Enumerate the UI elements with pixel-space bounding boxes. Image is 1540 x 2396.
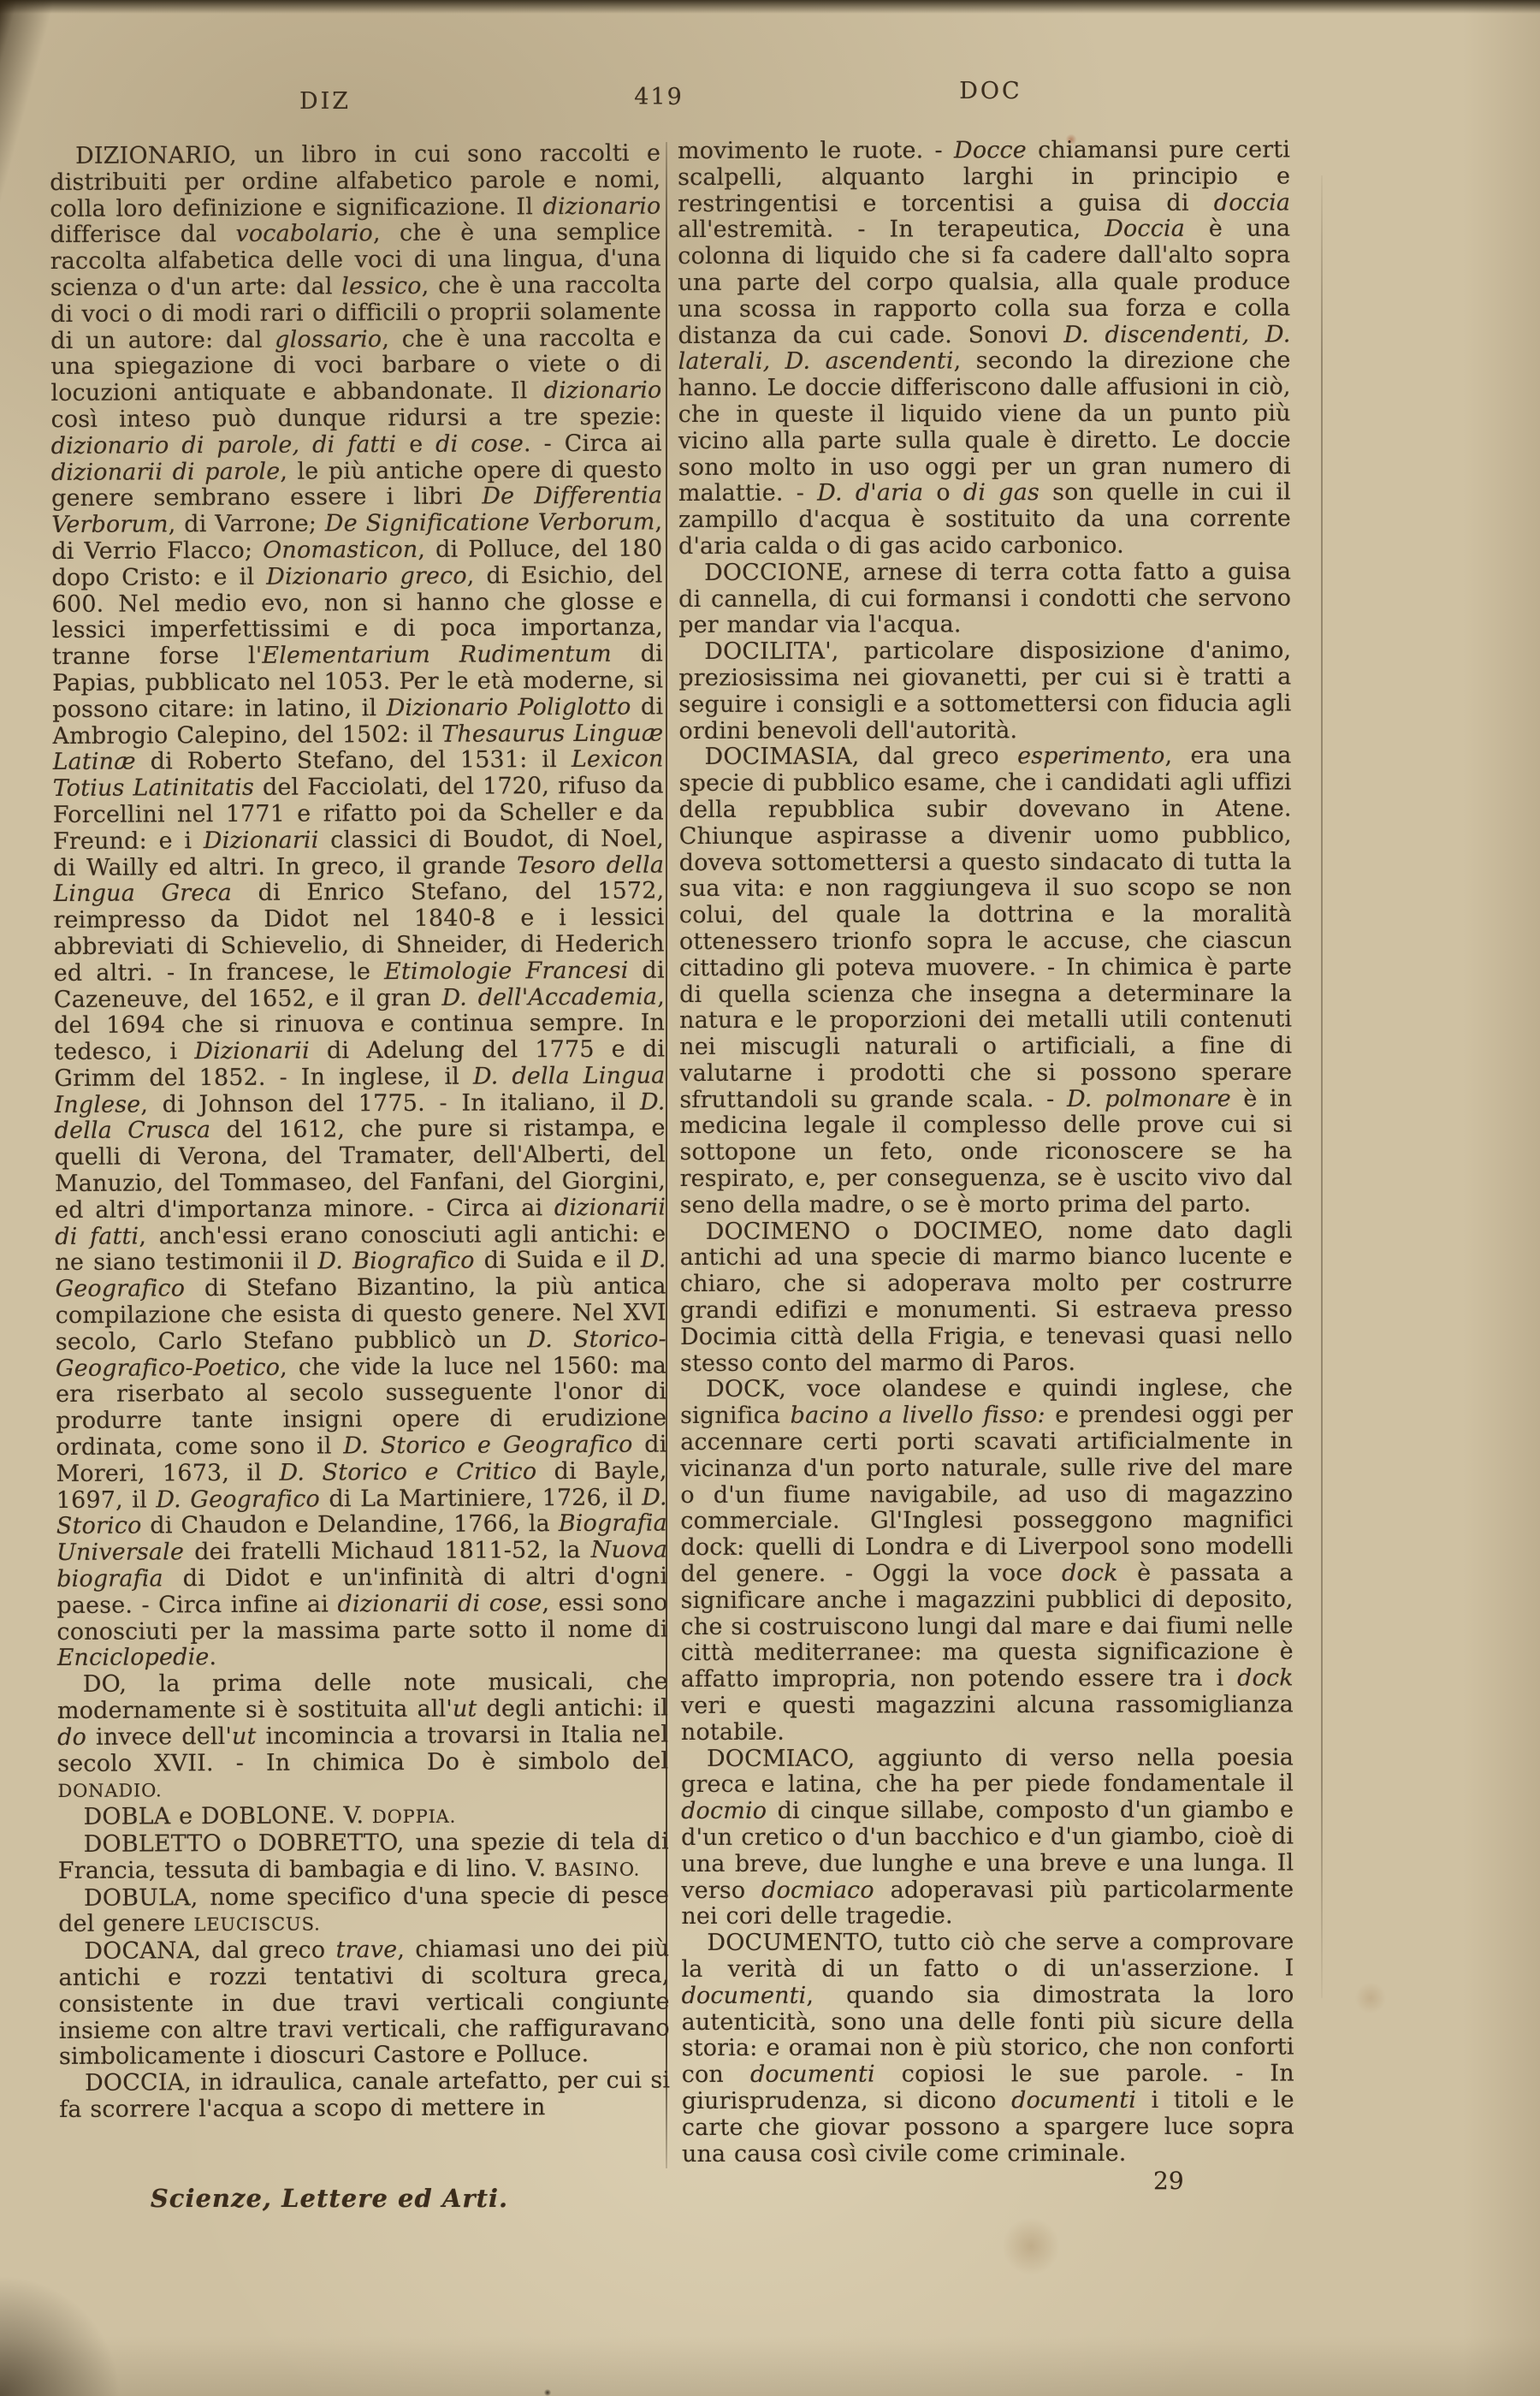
- text-segment: dizionarii di cose: [337, 1590, 542, 1617]
- text-segment: dizionario: [544, 377, 662, 405]
- text-segment: degli antichi: il: [477, 1695, 668, 1723]
- text-segment: DOCIMASIA, dal greco: [704, 743, 1017, 770]
- text-segment: DOCCIONE, arnese di terra cotta fatto a …: [678, 558, 1291, 638]
- text-segment: , di Johnson del 1775. - In italiano, il: [140, 1088, 640, 1118]
- book-page-scan: DIZ 419 DOC DIZIONARIO, un libro in cui …: [0, 0, 1540, 2396]
- text-segment: bacino a livello fisso:: [791, 1402, 1045, 1429]
- paragraph-left-2: DOBLA e DOBLONE. V. DOPPIA.: [57, 1802, 668, 1832]
- text-segment: DOCILITA', particolare disposizione d'an…: [678, 638, 1291, 744]
- text-segment: di Chaudon e Delandine, 1766, la: [141, 1511, 558, 1539]
- text-segment: DOCANA, dal greco: [84, 1937, 335, 1965]
- text-segment: vocabolario: [235, 221, 373, 248]
- text-segment: ut: [232, 1723, 257, 1750]
- text-segment: di cose: [435, 430, 524, 458]
- text-segment: all'estremità. - In terapeutica,: [678, 216, 1105, 243]
- text-segment: dei fratelli Michaud 1811-52, la: [184, 1537, 591, 1565]
- text-segment: do: [57, 1724, 86, 1751]
- text-segment: glossario: [275, 326, 382, 353]
- text-segment: dizionarii di parole: [51, 458, 281, 485]
- paragraph-right-5: DOCK, voce olandese e quindi inglese, ch…: [680, 1376, 1294, 1747]
- text-segment: docmio: [681, 1798, 767, 1824]
- text-segment: DOCUMENTO, tutto ciò che serve a comprov…: [681, 1929, 1294, 1983]
- text-segment: Dizionarii: [204, 827, 319, 854]
- text-segment: , di Varrone;: [169, 511, 325, 538]
- page-edge-rule: [1321, 175, 1323, 1998]
- text-segment: DOCCIA, in idraulica, canale artefatto, …: [59, 2067, 670, 2123]
- text-segment: DOPPIA.: [372, 1806, 456, 1827]
- text-segment: di Roberto Stefano, del 1531: il: [136, 746, 572, 774]
- text-segment: di gas: [963, 479, 1039, 506]
- text-segment: docmiaco: [761, 1877, 874, 1903]
- paragraph-left-3: DOBLETTO o DOBRETTO, una spezie di tela …: [58, 1829, 669, 1885]
- text-segment: D. Geografico: [156, 1486, 320, 1513]
- paragraph-left-5: DOCANA, dal greco trave, chiamasi uno de…: [58, 1936, 670, 2071]
- text-segment: DOCMIACO, aggiunto di verso nella poesia…: [681, 1744, 1294, 1798]
- text-segment: DOCIMENO o DOCIMEO, nome dato dagli anti…: [680, 1217, 1293, 1376]
- text-segment: documenti: [682, 1982, 807, 2008]
- text-segment: . - Circa ai: [524, 430, 662, 457]
- paragraph-right-6: DOCMIACO, aggiunto di verso nella poesia…: [681, 1745, 1294, 1930]
- text-segment: D. dell'Accademia: [441, 983, 657, 1011]
- text-segment: Docce: [954, 138, 1027, 164]
- text-segment: invece dell': [86, 1723, 232, 1751]
- paragraph-left-4: DOBULA, nome specifico d'una specie di p…: [58, 1883, 669, 1939]
- text-segment: D. d'aria: [817, 480, 923, 507]
- text-segment: BASINO.: [554, 1858, 640, 1879]
- text-segment: ut: [453, 1696, 477, 1723]
- text-segment: D. polmonare: [1067, 1085, 1231, 1112]
- paragraph-right-3: DOCIMASIA, dal greco esperimento, era un…: [678, 744, 1292, 1219]
- paragraph-right-2: DOCILITA', particolare disposizione d'an…: [678, 638, 1291, 745]
- text-segment: Dizionarii: [194, 1038, 310, 1065]
- text-segment: Elementarium Rudimentum: [262, 641, 612, 669]
- text-segment: dock: [1062, 1560, 1118, 1586]
- text-segment: Dizionario greco: [266, 562, 467, 590]
- text-segment: di Suida e il: [474, 1247, 640, 1274]
- paragraph-right-1: DOCCIONE, arnese di terra cotta fatto a …: [678, 559, 1291, 639]
- paragraph-right-7: DOCUMENTO, tutto ciò che serve a comprov…: [681, 1930, 1294, 2168]
- signature-number: 29: [1153, 2167, 1184, 2195]
- right-column: movimento le ruote. - Docce chiamansi pu…: [678, 138, 1294, 2192]
- text-segment: e: [396, 431, 435, 458]
- text-segment: doccia: [1214, 189, 1290, 216]
- text-segment: DOBLA e DOBLONE. V.: [83, 1802, 371, 1830]
- text-segment: Doccia: [1105, 216, 1185, 242]
- text-segment: movimento le ruote. -: [678, 138, 954, 164]
- text-segment: Enciclopedie: [57, 1645, 210, 1672]
- text-segment: così inteso può dunque ridursi a tre spe…: [51, 403, 662, 432]
- text-segment: Dizionario Poliglotto: [387, 693, 631, 721]
- text-segment: D. Biografico: [317, 1248, 474, 1275]
- text-segment: .: [209, 1644, 216, 1670]
- text-segment: Etimologie Francesi: [384, 957, 628, 984]
- running-head-right: DOC: [922, 78, 1059, 104]
- text-segment: veri e questi magazzini alcuna rassomigl…: [681, 1692, 1294, 1746]
- text-segment: documenti: [750, 2061, 875, 2088]
- text-segment: differisce dal: [50, 221, 235, 248]
- page-number-top: 419: [590, 84, 727, 110]
- text-segment: trave: [335, 1936, 397, 1963]
- text-segment: lessico: [341, 273, 422, 299]
- series-title-footer: Scienze, Lettere ed Arti.: [128, 2184, 530, 2213]
- text-segment: LEUCISCUS.: [193, 1913, 320, 1936]
- paragraph-left-6: DOCCIA, in idraulica, canale artefatto, …: [59, 2068, 670, 2124]
- text-segment: dizionario: [542, 193, 660, 220]
- text-segment: Onomasticon: [263, 537, 418, 564]
- text-segment: D. Storico e Geografico: [343, 1432, 632, 1460]
- text-segment: De Significatione Verborum: [325, 509, 655, 537]
- paragraph-left-0: DIZIONARIO, un libro in cui sono raccolt…: [50, 141, 668, 1673]
- text-segment: di La Martiniere, 1726, il: [320, 1484, 642, 1512]
- paragraph-left-1: DO, la prima delle note musicali, che mo…: [57, 1669, 669, 1805]
- paragraph-right-4: DOCIMENO o DOCIMEO, nome dato dagli anti…: [680, 1218, 1293, 1377]
- text-segment: DOBULA, nome specifico d'una specie di p…: [58, 1882, 669, 1937]
- text-segment: dock: [1237, 1665, 1294, 1692]
- paragraph-right-0: movimento le ruote. - Docce chiamansi pu…: [678, 138, 1291, 560]
- text-segment: documenti: [1011, 2087, 1136, 2114]
- text-segment: DONADIO.: [57, 1780, 162, 1802]
- text-segment: esperimento: [1017, 743, 1164, 769]
- text-segment: o: [923, 480, 963, 507]
- running-head-left: DIZ: [257, 88, 394, 115]
- left-column: DIZIONARIO, un libro in cui sono raccolt…: [50, 141, 671, 2197]
- text-segment: dizionario di parole, di fatti: [51, 431, 397, 460]
- text-segment: D. Storico e Critico: [279, 1458, 536, 1486]
- text-segment: , era una specie di pubblico esame, che …: [679, 743, 1293, 1113]
